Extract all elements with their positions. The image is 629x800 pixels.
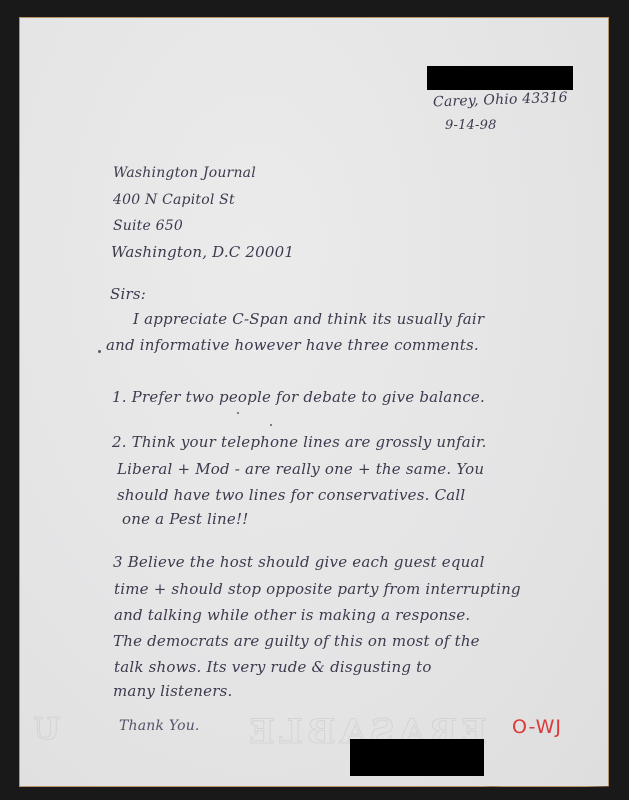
point-1-line-1: 1. Prefer two people for debate to give … (112, 388, 485, 406)
point-2-line-4: one a Pest line!! (122, 510, 248, 528)
point-2-line-1: 2. Think your telephone lines are grossl… (112, 433, 487, 451)
recipient-line-1: Washington Journal (113, 165, 256, 181)
redaction-signature (350, 739, 484, 776)
scanned-document: Carey, Ohio 43316 9-14-98 Washington Jou… (0, 0, 629, 800)
point-3-line-1: 3 Believe the host should give each gues… (113, 553, 485, 571)
stray-dot (270, 424, 272, 426)
stray-dot (237, 412, 239, 414)
letter-date: 9-14-98 (445, 118, 497, 133)
recipient-line-3: Suite 650 (113, 218, 183, 234)
intro-line-1: I appreciate C-Span and think its usuall… (133, 310, 484, 328)
point-3-line-5: talk shows. Its very rude & disgusting t… (114, 658, 432, 676)
archive-annotation: O-WJ (512, 716, 562, 738)
intro-line-2: and informative however have three comme… (106, 336, 479, 354)
point-3-line-4: The democrats are guilty of this on most… (113, 632, 480, 650)
redaction-sender-name (427, 66, 573, 90)
salutation: Sirs: (110, 285, 146, 303)
paper-watermark-fragment: U (30, 712, 60, 747)
recipient-line-2: 400 N Capitol St (113, 192, 235, 208)
point-3-line-6: many listeners. (113, 682, 232, 700)
closing: Thank You. (119, 718, 200, 734)
point-3-line-3: and talking while other is making a resp… (114, 606, 470, 624)
recipient-line-4: Washington, D.C 20001 (111, 243, 294, 261)
point-2-line-3: should have two lines for conservatives.… (117, 486, 465, 504)
point-3-line-2: time + should stop opposite party from i… (114, 580, 521, 598)
stray-ink-mark (98, 350, 101, 353)
point-2-line-2: Liberal + Mod - are really one + the sam… (117, 460, 484, 478)
